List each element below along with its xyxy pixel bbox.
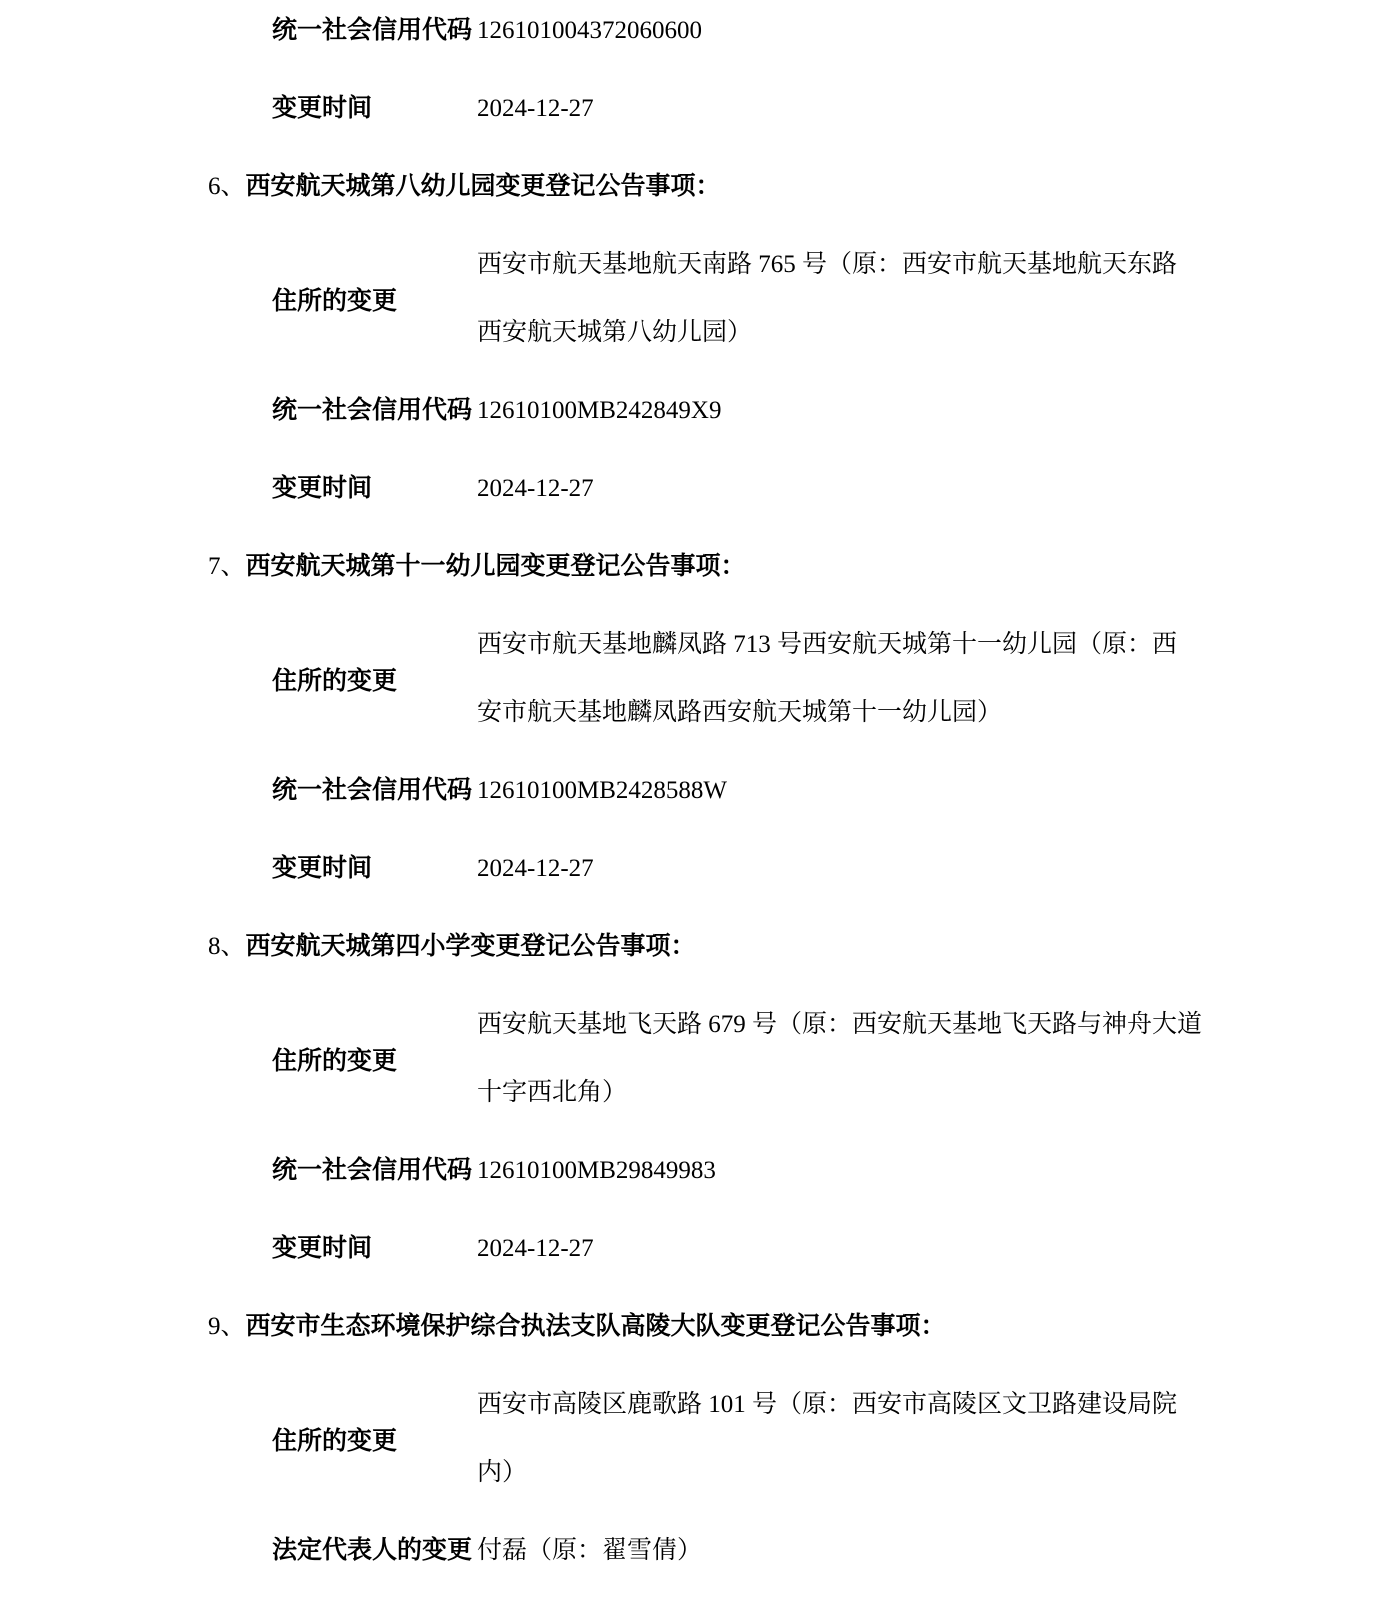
announcement-document-page: 统一社会信用代码 126101004372060600 变更时间 2024-12… — [0, 0, 1398, 1567]
section-7-address-row: 住所的变更 西安市航天基地麟凤路 713 号西安航天城第十一幼儿园（原：西 安市… — [272, 629, 1278, 729]
address-change-value: 西安航天基地飞天路 679 号（原：西安航天基地飞天路与神舟大道 十字西北角） — [477, 1009, 1278, 1109]
change-time-label: 变更时间 — [272, 473, 477, 505]
section-7-credit-code-row: 统一社会信用代码 12610100MB2428588W — [272, 775, 1278, 807]
address-line-2: 十字西北角） — [477, 1077, 1278, 1109]
section-heading-7: 7、西安航天城第十一幼儿园变更登记公告事项： — [208, 551, 1398, 583]
change-time-value: 2024-12-27 — [477, 1233, 1278, 1265]
address-change-label: 住所的变更 — [272, 1041, 477, 1077]
address-change-label: 住所的变更 — [272, 1421, 477, 1457]
section-9-address-row: 住所的变更 西安市高陵区鹿歌路 101 号（原：西安市高陵区文卫路建设局院 内） — [272, 1389, 1278, 1489]
change-time-value: 2024-12-27 — [477, 93, 1278, 125]
leading-credit-code-row: 统一社会信用代码 126101004372060600 — [272, 15, 1278, 47]
section-title: 西安航天城第四小学变更登记公告事项： — [246, 933, 696, 960]
section-heading-8: 8、西安航天城第四小学变更登记公告事项： — [208, 931, 1398, 963]
section-7-change-time-row: 变更时间 2024-12-27 — [272, 853, 1278, 885]
leading-change-time-row: 变更时间 2024-12-27 — [272, 93, 1278, 125]
address-line-2: 内） — [477, 1457, 1278, 1489]
credit-code-value: 12610100MB242849X9 — [477, 395, 1278, 427]
address-change-label: 住所的变更 — [272, 661, 477, 697]
section-8-credit-code-row: 统一社会信用代码 12610100MB29849983 — [272, 1155, 1278, 1187]
section-heading-6: 6、西安航天城第八幼儿园变更登记公告事项： — [208, 171, 1398, 203]
section-heading-9: 9、西安市生态环境保护综合执法支队高陵大队变更登记公告事项： — [208, 1311, 1398, 1343]
change-time-label: 变更时间 — [272, 93, 477, 125]
section-title: 西安航天城第八幼儿园变更登记公告事项： — [246, 173, 721, 200]
address-line-1: 西安市航天基地航天南路 765 号（原：西安市航天基地航天东路 — [477, 249, 1278, 281]
address-change-value: 西安市航天基地麟凤路 713 号西安航天城第十一幼儿园（原：西 安市航天基地麟凤… — [477, 629, 1278, 729]
address-line-2: 西安航天城第八幼儿园） — [477, 317, 1278, 349]
change-time-value: 2024-12-27 — [477, 473, 1278, 505]
address-line-1: 西安航天基地飞天路 679 号（原：西安航天基地飞天路与神舟大道 — [477, 1009, 1278, 1041]
credit-code-value: 126101004372060600 — [477, 15, 1278, 47]
credit-code-value: 12610100MB29849983 — [477, 1155, 1278, 1187]
credit-code-label: 统一社会信用代码 — [272, 1155, 477, 1187]
section-number: 6、 — [208, 173, 246, 200]
address-line-2: 安市航天基地麟凤路西安航天城第十一幼儿园） — [477, 697, 1278, 729]
address-change-value: 西安市高陵区鹿歌路 101 号（原：西安市高陵区文卫路建设局院 内） — [477, 1389, 1278, 1489]
address-change-label: 住所的变更 — [272, 281, 477, 317]
section-number: 7、 — [208, 553, 246, 580]
section-number: 9、 — [208, 1313, 246, 1340]
section-6-address-row: 住所的变更 西安市航天基地航天南路 765 号（原：西安市航天基地航天东路 西安… — [272, 249, 1278, 349]
credit-code-label: 统一社会信用代码 — [272, 395, 477, 427]
address-line-1: 西安市航天基地麟凤路 713 号西安航天城第十一幼儿园（原：西 — [477, 629, 1278, 661]
change-time-label: 变更时间 — [272, 853, 477, 885]
credit-code-label: 统一社会信用代码 — [272, 775, 477, 807]
change-time-label: 变更时间 — [272, 1233, 477, 1265]
section-number: 8、 — [208, 933, 246, 960]
legal-rep-change-value: 付磊（原：翟雪倩） — [477, 1535, 1278, 1567]
section-9-legal-rep-row: 法定代表人的变更 付磊（原：翟雪倩） — [272, 1535, 1278, 1567]
section-8-address-row: 住所的变更 西安航天基地飞天路 679 号（原：西安航天基地飞天路与神舟大道 十… — [272, 1009, 1278, 1109]
credit-code-value: 12610100MB2428588W — [477, 775, 1278, 807]
section-8-change-time-row: 变更时间 2024-12-27 — [272, 1233, 1278, 1265]
address-change-value: 西安市航天基地航天南路 765 号（原：西安市航天基地航天东路 西安航天城第八幼… — [477, 249, 1278, 349]
section-title: 西安航天城第十一幼儿园变更登记公告事项： — [246, 553, 746, 580]
section-6-credit-code-row: 统一社会信用代码 12610100MB242849X9 — [272, 395, 1278, 427]
legal-rep-change-label: 法定代表人的变更 — [272, 1535, 477, 1567]
address-line-1: 西安市高陵区鹿歌路 101 号（原：西安市高陵区文卫路建设局院 — [477, 1389, 1278, 1421]
change-time-value: 2024-12-27 — [477, 853, 1278, 885]
credit-code-label: 统一社会信用代码 — [272, 15, 477, 47]
section-title: 西安市生态环境保护综合执法支队高陵大队变更登记公告事项： — [246, 1313, 946, 1340]
section-6-change-time-row: 变更时间 2024-12-27 — [272, 473, 1278, 505]
